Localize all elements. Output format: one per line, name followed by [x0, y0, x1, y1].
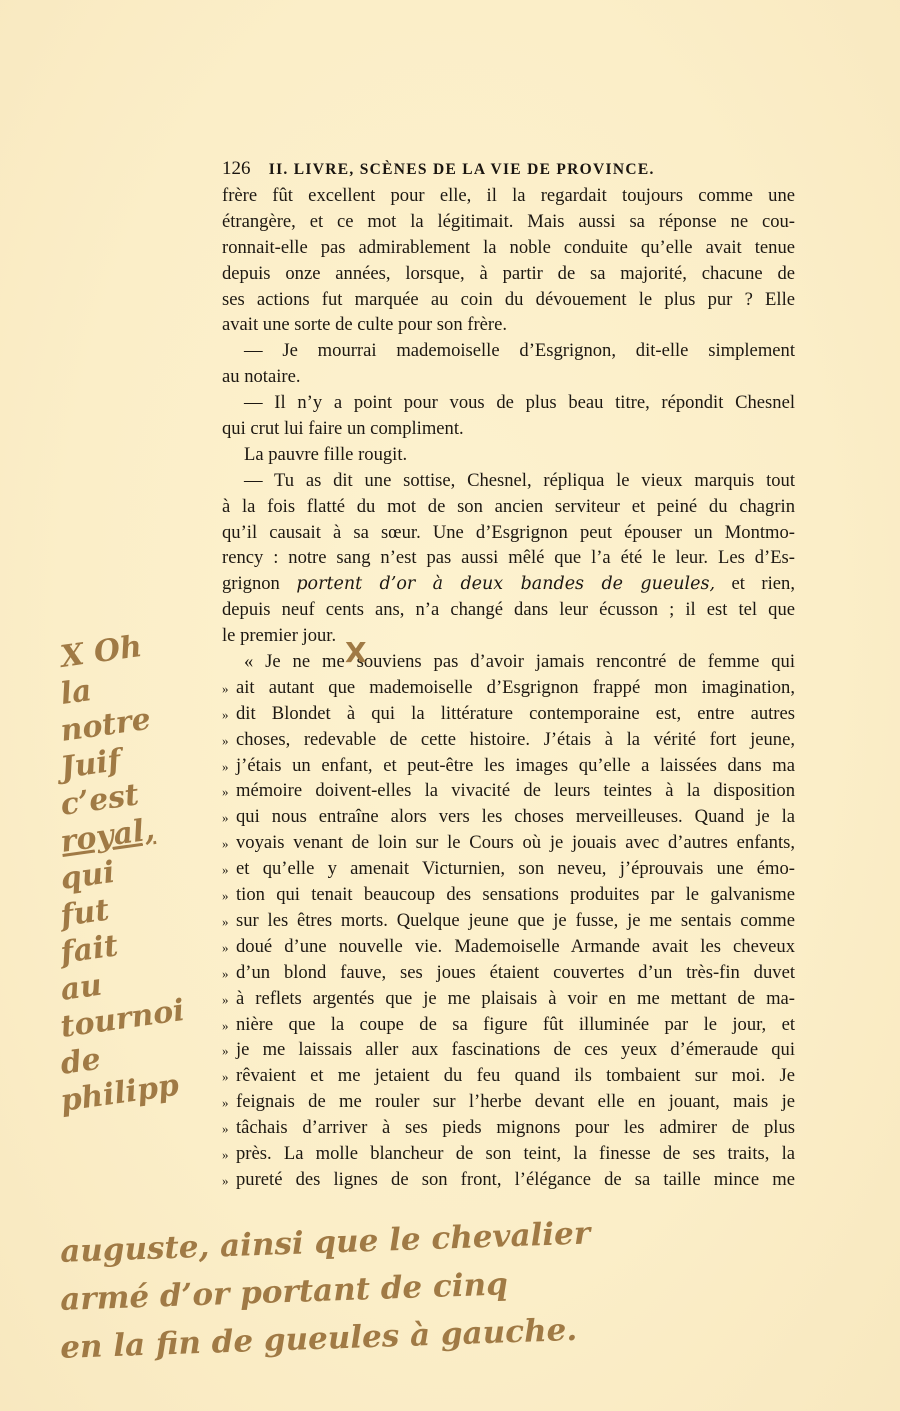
text-line: étrangère, et ce mot la légitimait. Mais…: [222, 209, 795, 235]
quote-mark: »: [222, 909, 236, 935]
text-fragment: j’étais un enfant, et peut-être les imag…: [236, 755, 795, 776]
text-fragment: et qu’elle y amenait Victurnien, son nev…: [236, 858, 795, 879]
text-line: ronnait-elle pas admirablement la noble …: [222, 235, 795, 261]
quote-mark: »: [222, 1168, 236, 1194]
text-fragment: sur les êtres morts. Quelque jeune que j…: [236, 910, 795, 931]
quote-mark: »: [222, 676, 236, 702]
page-number: 126: [222, 158, 251, 179]
text-fragment: grignon: [222, 573, 280, 594]
quoted-line: »feignais de me rouler sur l’herbe devan…: [222, 1089, 795, 1115]
italic-blazon: portent d’or à deux bandes de gueules,: [296, 574, 715, 594]
text-fragment: voyais venant de loin sur le Cours où je…: [236, 832, 795, 853]
text-line: qu’il causait à sa sœur. Une d’Esgrignon…: [222, 520, 795, 546]
text-line: « Je ne me souviens pas d’avoir jamais r…: [222, 649, 795, 675]
quote-mark: »: [222, 1142, 236, 1168]
text-line-heraldic: grignon portent d’or à deux bandes de gu…: [222, 571, 795, 597]
printed-text: frère fût excellent pour elle, il la reg…: [222, 183, 795, 1193]
text-fragment: choses, redevable de cette histoire. J’é…: [236, 729, 795, 750]
quoted-line: »nière que la coupe de sa figure fût ill…: [222, 1012, 795, 1038]
text-fragment: ait autant que mademoiselle d’Esgrignon …: [236, 677, 795, 698]
text-fragment: d’un blond fauve, ses joues étaient couv…: [236, 962, 795, 983]
quoted-line: »doué d’une nouvelle vie. Mademoiselle A…: [222, 934, 795, 960]
text-fragment: rêvaient et me jetaient du feu quand ils…: [236, 1065, 795, 1086]
insertion-mark: X: [345, 636, 367, 669]
page-header: 126 II. LIVRE, SCÈNES DE LA VIE DE PROVI…: [222, 158, 802, 180]
text-line: La pauvre fille rougit.: [222, 442, 795, 468]
quote-mark: »: [222, 779, 236, 805]
quoted-line: »d’un blond fauve, ses joues étaient cou…: [222, 960, 795, 986]
running-title: II. LIVRE, SCÈNES DE LA VIE DE PROVINCE.: [269, 161, 655, 178]
text-fragment: tâchais d’arriver à ses pieds mignons po…: [236, 1117, 795, 1138]
quote-mark: »: [222, 728, 236, 754]
quote-mark: »: [222, 987, 236, 1013]
quote-mark: »: [222, 1116, 236, 1142]
quoted-line: »sur les êtres morts. Quelque jeune que …: [222, 908, 795, 934]
quote-mark: »: [222, 1013, 236, 1039]
text-line: — Tu as dit une sottise, Chesnel, répliq…: [222, 468, 795, 494]
text-line: ses actions fut marquée au coin du dévou…: [222, 287, 795, 313]
quoted-line: »ait autant que mademoiselle d’Esgrignon…: [222, 675, 795, 701]
text-line: — Il n’y a point pour vous de plus beau …: [222, 390, 795, 416]
quote-mark: »: [222, 754, 236, 780]
quoted-line: »dit Blondet à qui la littérature contem…: [222, 701, 795, 727]
quoted-line: »près. La molle blancheur de son teint, …: [222, 1141, 795, 1167]
quote-mark: »: [222, 935, 236, 961]
quoted-line: »je me laissais aller aux fascinations d…: [222, 1037, 795, 1063]
text-fragment: feignais de me rouler sur l’herbe devant…: [236, 1091, 795, 1112]
text-fragment: doué d’une nouvelle vie. Mademoiselle Ar…: [236, 936, 795, 957]
text-line: depuis onze années, lorsque, à partir de…: [222, 261, 795, 287]
text-fragment: tion qui tenait beaucoup des sensations …: [236, 884, 795, 905]
text-line: frère fût excellent pour elle, il la reg…: [222, 183, 795, 209]
quote-mark: »: [222, 883, 236, 909]
quoted-line: »et qu’elle y amenait Victurnien, son ne…: [222, 856, 795, 882]
quoted-line: »à reflets argentés que je me plaisais à…: [222, 986, 795, 1012]
quoted-line: »mémoire doivent-elles la vivacité de le…: [222, 778, 795, 804]
quote-mark: »: [222, 961, 236, 987]
text-line: qui crut lui faire un compliment.: [222, 416, 795, 442]
quoted-line: »rêvaient et me jetaient du feu quand il…: [222, 1063, 795, 1089]
quote-mark: »: [222, 702, 236, 728]
quote-mark: »: [222, 1038, 236, 1064]
text-fragment: qui nous entraîne alors vers les choses …: [236, 806, 795, 827]
handwritten-margin-note: X Oh la notre Juif c’est royal, qui fut …: [60, 628, 220, 1109]
quoted-line: »choses, redevable de cette histoire. J’…: [222, 727, 795, 753]
quoted-line: »pureté des lignes de son front, l’éléga…: [222, 1167, 795, 1193]
text-line: au notaire.: [222, 364, 795, 390]
quote-mark: »: [222, 831, 236, 857]
text-fragment: et rien,: [732, 573, 795, 594]
text-line: rency : notre sang n’est pas aussi mêlé …: [222, 545, 795, 571]
quoted-line: »j’étais un enfant, et peut-être les ima…: [222, 753, 795, 779]
quote-mark: »: [222, 805, 236, 831]
quoted-line: »voyais venant de loin sur le Cours où j…: [222, 830, 795, 856]
text-fragment: dit Blondet à qui la littérature contemp…: [236, 703, 795, 724]
quote-mark: »: [222, 1064, 236, 1090]
text-fragment: mémoire doivent-elles la vivacité de leu…: [236, 780, 795, 801]
handwritten-bottom-note: auguste, ainsi que le chevalier armé d’o…: [60, 1215, 800, 1359]
text-fragment: nière que la coupe de sa figure fût illu…: [236, 1014, 795, 1035]
quote-mark: »: [222, 1090, 236, 1116]
text-fragment: près. La molle blancheur de son teint, l…: [236, 1143, 795, 1164]
text-fragment: pureté des lignes de son front, l’élégan…: [236, 1169, 795, 1190]
text-fragment: je me laissais aller aux fascinations de…: [236, 1039, 795, 1060]
document-page: 126 II. LIVRE, SCÈNES DE LA VIE DE PROVI…: [0, 0, 900, 1411]
text-line: à la fois flatté du mot de son ancien se…: [222, 494, 795, 520]
text-line: le premier jour.: [222, 623, 795, 649]
text-fragment: à reflets argentés que je me plaisais à …: [236, 988, 795, 1009]
text-line: avait une sorte de culte pour son frère.: [222, 312, 795, 338]
quote-mark: »: [222, 857, 236, 883]
quoted-line: »qui nous entraîne alors vers les choses…: [222, 804, 795, 830]
text-line: — Je mourrai mademoiselle d’Esgrignon, d…: [222, 338, 795, 364]
text-line: depuis neuf cents ans, n’a changé dans l…: [222, 597, 795, 623]
quoted-line: »tâchais d’arriver à ses pieds mignons p…: [222, 1115, 795, 1141]
quoted-line: »tion qui tenait beaucoup des sensations…: [222, 882, 795, 908]
